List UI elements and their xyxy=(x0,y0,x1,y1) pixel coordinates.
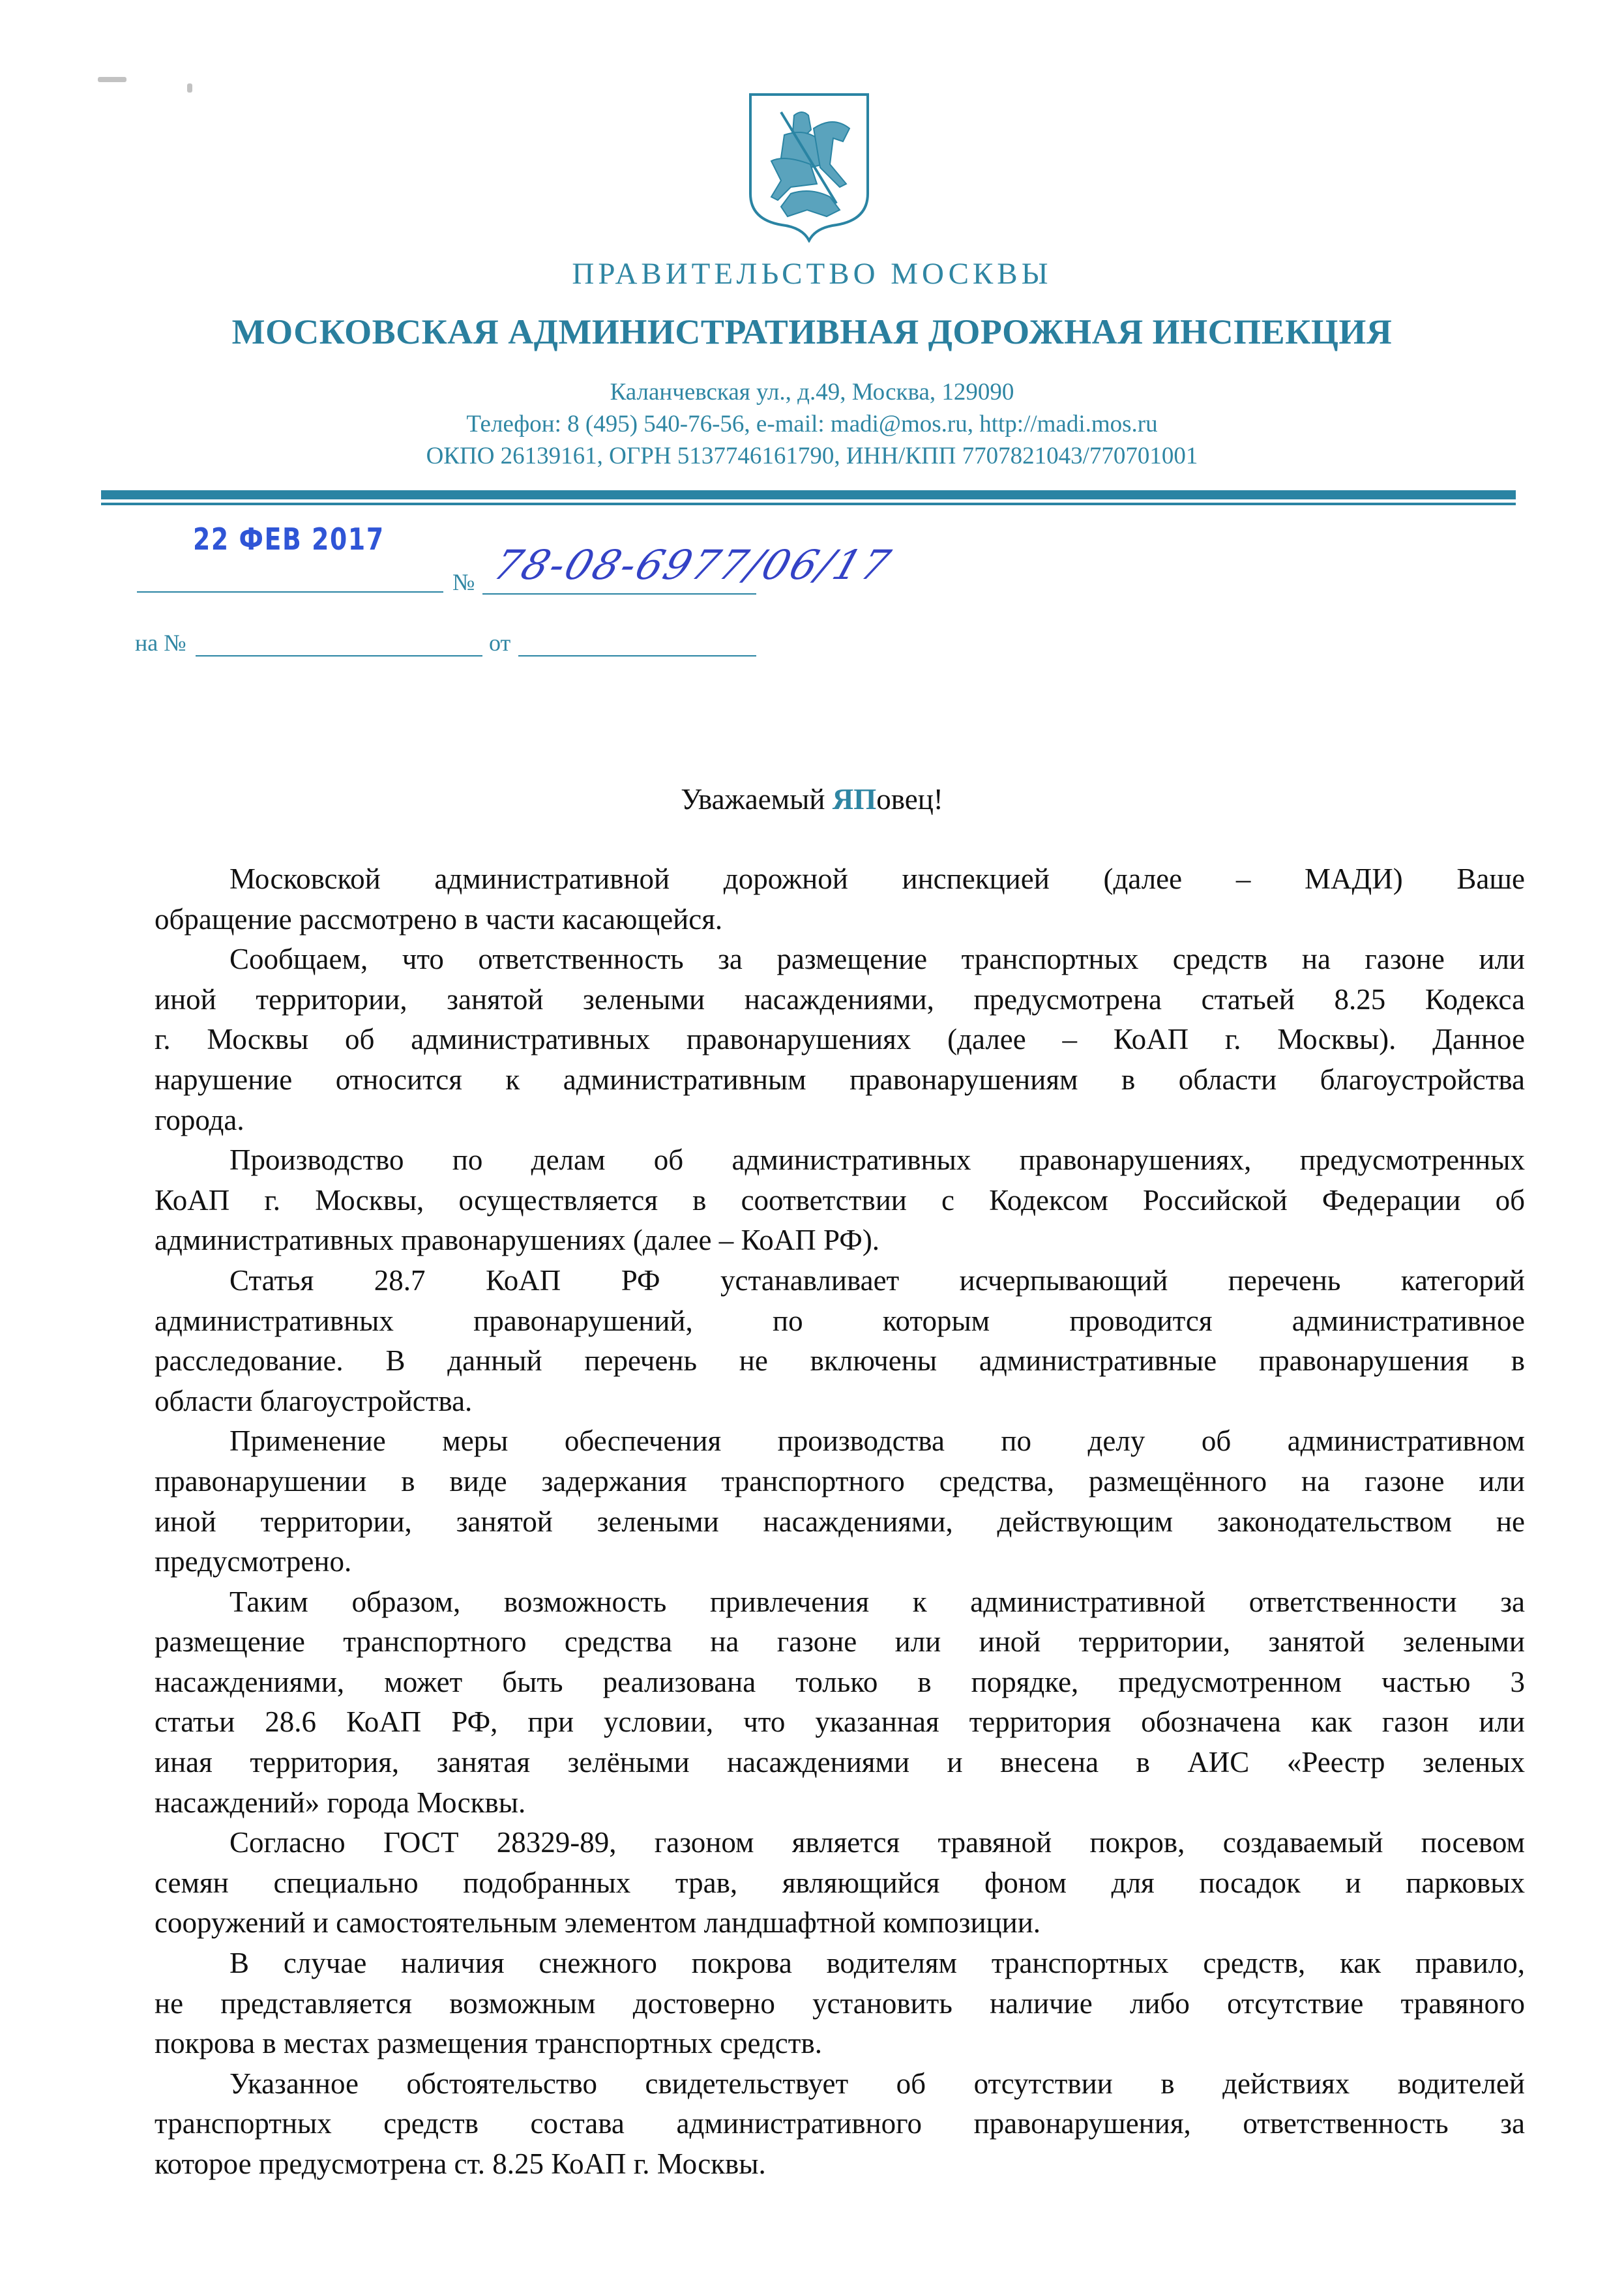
text-line: иной территории, занятой зелеными насажд… xyxy=(155,1502,1525,1542)
text-line: насаждениями, может быть реализована тол… xyxy=(155,1662,1525,1703)
agency-phone-email: Телефон: 8 (495) 540-76-56, e-mail: madi… xyxy=(0,410,1624,438)
text-line: Таким образом, возможность привлечения к… xyxy=(155,1582,1525,1623)
paragraph: Согласно ГОСТ 28329-89, газоном является… xyxy=(155,1823,1525,1943)
paragraph: Статья 28.7 КоАП РФ устанавливает исчерп… xyxy=(155,1261,1525,1421)
paragraph: Производство по делам об административны… xyxy=(155,1140,1525,1261)
text-line: Согласно ГОСТ 28329-89, газоном является… xyxy=(155,1823,1525,1863)
text-line: сооружений и самостоятельным элементом л… xyxy=(155,1903,1525,1943)
text-line: административных правонарушений, по кото… xyxy=(155,1301,1525,1342)
reply-to-number-line xyxy=(196,655,482,657)
text-line: обращение рассмотрено в части касающейся… xyxy=(155,900,1525,940)
text-line: насаждений» города Москвы. xyxy=(155,1783,1525,1823)
text-line: размещение транспортного средства на газ… xyxy=(155,1622,1525,1662)
text-line: правонарушении в виде задержания транспо… xyxy=(155,1462,1525,1502)
letterhead-divider-thin xyxy=(101,503,1516,505)
text-line: области благоустройства. xyxy=(155,1381,1525,1422)
text-line: В случае наличия снежного покрова водите… xyxy=(155,1943,1525,1984)
text-line: не представляется возможным достоверно у… xyxy=(155,1984,1525,2024)
letterhead-divider-thick xyxy=(101,490,1516,499)
scan-artifact xyxy=(98,77,126,82)
number-label: № xyxy=(452,568,475,596)
text-line: предусмотрено. xyxy=(155,1542,1525,1582)
date-stamp: 22 ФЕВ 2017 xyxy=(193,522,385,557)
letter-body: Московской административной дорожной инс… xyxy=(155,859,1525,2185)
text-line: Производство по делам об административны… xyxy=(155,1140,1525,1181)
text-line: нарушение относится к административным п… xyxy=(155,1060,1525,1100)
from-date-line xyxy=(518,655,756,657)
greeting: Уважаемый ЯПовец! xyxy=(0,782,1624,816)
agency-title: МОСКОВСКАЯ АДМИНИСТРАТИВНАЯ ДОРОЖНАЯ ИНС… xyxy=(0,312,1624,352)
reply-to-label: на № xyxy=(135,629,186,657)
scan-artifact xyxy=(187,83,192,93)
text-line: Сообщаем, что ответственность за размеще… xyxy=(155,939,1525,980)
text-line: Московской административной дорожной инс… xyxy=(155,859,1525,900)
text-line: г. Москвы об административных правонаруш… xyxy=(155,1020,1525,1060)
greeting-highlight: ЯП xyxy=(833,783,877,816)
text-line: города. xyxy=(155,1100,1525,1141)
paragraph: Указанное обстоятельство свидетельствует… xyxy=(155,2064,1525,2185)
text-line: покрова в местах размещения транспортных… xyxy=(155,2024,1525,2064)
text-line: Статья 28.7 КоАП РФ устанавливает исчерп… xyxy=(155,1261,1525,1301)
text-line: административных правонарушениях (далее … xyxy=(155,1220,1525,1261)
text-line: которое предусмотрена ст. 8.25 КоАП г. М… xyxy=(155,2144,1525,2185)
text-line: транспортных средств состава администрат… xyxy=(155,2104,1525,2144)
paragraph: В случае наличия снежного покрова водите… xyxy=(155,1943,1525,2064)
agency-address: Каланчевская ул., д.49, Москва, 129090 xyxy=(0,378,1624,406)
text-line: Указанное обстоятельство свидетельствует… xyxy=(155,2064,1525,2104)
paragraph: Применение меры обеспечения производства… xyxy=(155,1421,1525,1582)
moscow-coat-of-arms-icon xyxy=(745,89,873,243)
number-line xyxy=(482,593,756,595)
text-line: иной территории, занятой зелеными насажд… xyxy=(155,980,1525,1020)
text-line: Применение меры обеспечения производства… xyxy=(155,1421,1525,1462)
handwritten-outgoing-number: 78-08-6977/06/17 xyxy=(488,541,898,589)
greeting-suffix: овец! xyxy=(876,783,943,816)
text-line: статьи 28.6 КоАП РФ, при условии, что ук… xyxy=(155,1702,1525,1743)
greeting-prefix: Уважаемый xyxy=(681,783,833,816)
paragraph: Сообщаем, что ответственность за размеще… xyxy=(155,939,1525,1140)
agency-registration-codes: ОКПО 26139161, ОГРН 5137746161790, ИНН/К… xyxy=(0,442,1624,470)
text-line: расследование. В данный перечень не вклю… xyxy=(155,1341,1525,1381)
from-date-label: от xyxy=(489,629,510,657)
text-line: иная территория, занятая зелёными насажд… xyxy=(155,1743,1525,1783)
paragraph: Таким образом, возможность привлечения к… xyxy=(155,1582,1525,1823)
date-line xyxy=(137,591,443,593)
text-line: семян специально подобранных трав, являю… xyxy=(155,1863,1525,1904)
paragraph: Московской административной дорожной инс… xyxy=(155,859,1525,939)
government-title: ПРАВИТЕЛЬСТВО МОСКВЫ xyxy=(0,256,1624,291)
text-line: КоАП г. Москвы, осуществляется в соответ… xyxy=(155,1181,1525,1221)
